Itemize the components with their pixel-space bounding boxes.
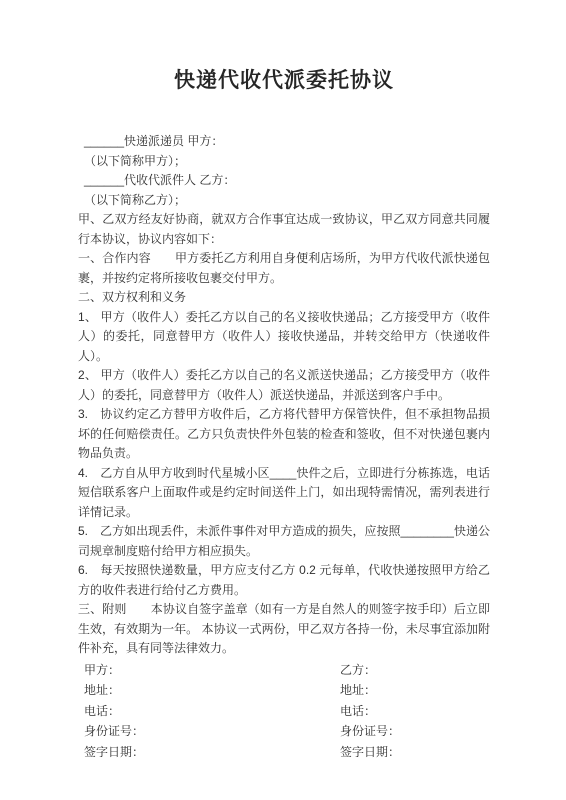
party-a-phone-field: 电话： xyxy=(84,701,340,722)
party-b-alias-line: （以下简称乙方）； xyxy=(84,191,490,211)
document-body: ______快递派递员 甲方： （以下简称甲方）； ______代收代派件人 乙… xyxy=(78,132,490,762)
clause-item-1: 1、 甲方（收件人）委托乙方以自己的名义接收快递品；乙方接受甲方（收件人）的委托… xyxy=(78,308,490,367)
document-page: 快递代收代派委托协议 ______快递派递员 甲方： （以下简称甲方）； ___… xyxy=(0,0,566,800)
clause-supplementary: 三、附则 本协议自签字盖章（如有一方是自然人的则签字按手印）后立即生效，有效期为… xyxy=(78,600,490,659)
party-a-id-number-field: 身份证号： xyxy=(84,721,340,742)
clause-item-3: 3. 协议约定乙方替甲方收件后，乙方将代替甲方保管快件，但不承担物品损坏的任何赔… xyxy=(78,405,490,464)
party-intro-block: ______快递派递员 甲方： （以下简称甲方）； ______代收代派件人 乙… xyxy=(78,132,490,210)
party-b-phone-field: 电话： xyxy=(340,701,490,722)
signature-party-b: 乙方： 地址： 电话： 身份证号： 签字日期： xyxy=(340,660,490,763)
party-b-blank-line: ______代收代派件人 乙方： xyxy=(84,171,490,191)
signature-block: 甲方： 地址： 电话： 身份证号： 签字日期： 乙方： 地址： 电话： 身份证号… xyxy=(78,660,490,763)
agreement-document: 快递代收代派委托协议 ______快递派递员 甲方： （以下简称甲方）； ___… xyxy=(78,64,490,762)
clause-item-2: 2、 甲方（收件人）委托乙方以自己的名义派送快递品；乙方接受甲方（收件人）的委托… xyxy=(78,366,490,405)
party-a-blank-line: ______快递派递员 甲方： xyxy=(84,132,490,152)
party-a-sign-date-field: 签字日期： xyxy=(84,742,340,763)
party-b-id-number-field: 身份证号： xyxy=(340,721,490,742)
clause-item-5: 5. 乙方如出现丢件，未派件事件对甲方造成的损失，应按照________快递公司… xyxy=(78,522,490,561)
document-title: 快递代收代派委托协议 xyxy=(78,64,490,94)
party-a-alias-line: （以下简称甲方）； xyxy=(84,152,490,172)
party-b-sign-date-field: 签字日期： xyxy=(340,742,490,763)
clause-item-4: 4. 乙方自从甲方收到时代星城小区____快件之后，立即进行分栋拣选，电话短信联… xyxy=(78,464,490,523)
signature-party-a: 甲方： 地址： 电话： 身份证号： 签字日期： xyxy=(84,660,340,763)
clause-rights-obligations-heading: 二、双方权利和义务 xyxy=(78,288,490,308)
clause-item-6: 6. 每天按照快递数量，甲方应支付乙方 0.2 元每单，代收快递按照甲方给乙方的… xyxy=(78,561,490,600)
party-a-name-field: 甲方： xyxy=(84,660,340,681)
party-b-name-field: 乙方： xyxy=(340,660,490,681)
preamble-paragraph: 甲、乙双方经友好协商，就双方合作事宜达成一致协议，甲乙双方同意共同履行本协议，协… xyxy=(78,210,490,249)
clause-cooperation-content: 一、合作内容 甲方委托乙方利用自身便利店场所，为甲方代收代派快递包裹，并按约定将… xyxy=(78,249,490,288)
party-a-address-field: 地址： xyxy=(84,680,340,701)
party-b-address-field: 地址： xyxy=(340,680,490,701)
